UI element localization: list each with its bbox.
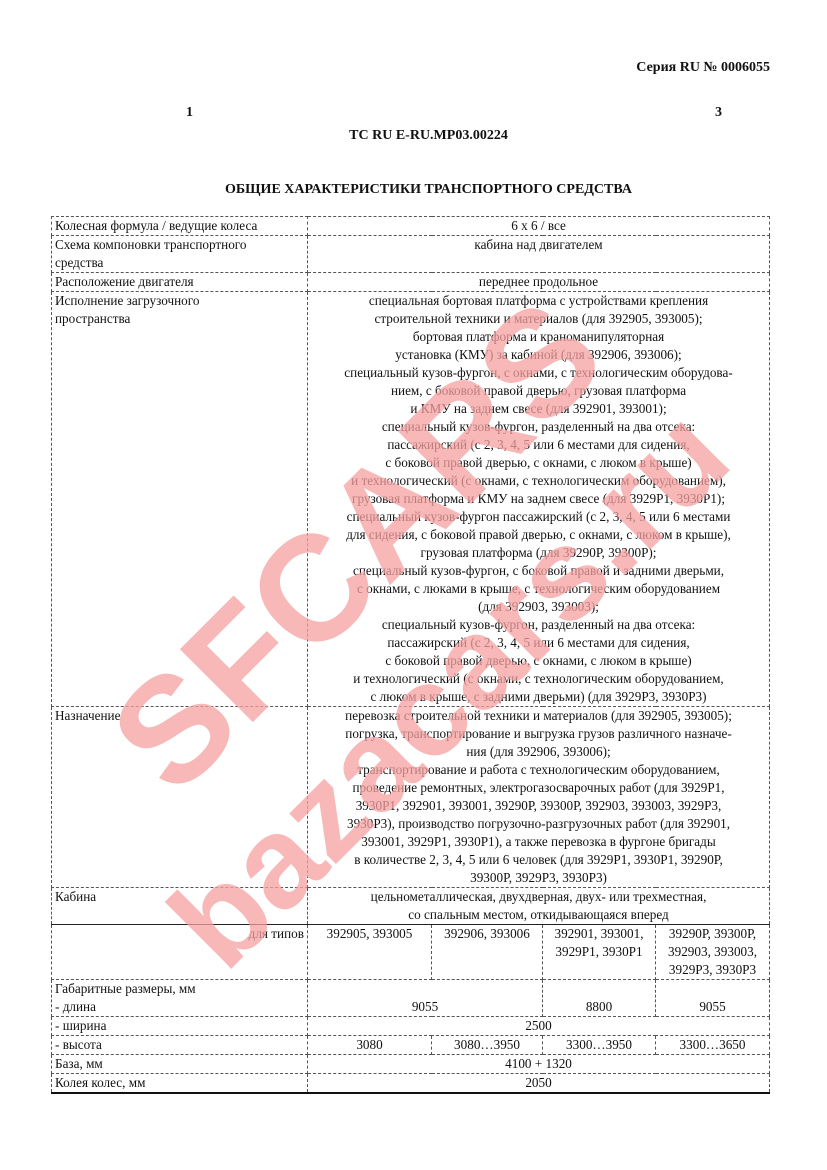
type-line: 392901, 393001, [546, 925, 652, 943]
length-value: 8800 [543, 980, 656, 1017]
type-line: 3929Р3, 3930Р3 [659, 961, 766, 979]
type-column: 392906, 393006 [432, 925, 543, 980]
row-label: - высота [52, 1036, 308, 1055]
value-line: бортовая платформа и краноманипуляторная [311, 328, 766, 346]
value-line: с боковой правой дверью, с окнами, с люк… [311, 454, 766, 472]
row-value: кабина над двигателем [308, 236, 770, 273]
value-line: специальный кузов-фургон, с окнами, с те… [311, 364, 766, 382]
table-row-cargo: Исполнение загрузочного пространства спе… [52, 292, 770, 707]
width-value: 2500 [308, 1017, 770, 1036]
label-line: Схема компоновки транспортного [55, 236, 304, 254]
value-line: специальная бортовая платформа с устройс… [311, 292, 766, 310]
series-number: Серия RU № 0006055 [636, 60, 770, 76]
value-line: грузовая платформа (для 39290Р, 39300Р); [311, 544, 766, 562]
value-line: для сидения, с боковой правой дверью, с … [311, 526, 766, 544]
row-value: перевозка строительной техники и материа… [308, 707, 770, 888]
value-line: строительной техники и материалов (для 3… [311, 310, 766, 328]
type-column: 39290Р, 39300Р, 392903, 393003, 3929Р3, … [656, 925, 770, 980]
table-row-height: - высота 3080 3080…3950 3300…3950 3300…3… [52, 1036, 770, 1055]
value-line: грузовая платформа и КМУ на заднем свесе… [311, 490, 766, 508]
type-line: 3929Р1, 3930Р1 [546, 943, 652, 961]
row-label: Схема компоновки транспортного средства [52, 236, 308, 273]
value-line: проведение ремонтных, электрогазосварочн… [311, 779, 766, 797]
value-line: нием, с боковой правой дверью, грузовая … [311, 382, 766, 400]
row-value: 6 х 6 / все [308, 217, 770, 236]
type-column: 392901, 393001, 3929Р1, 3930Р1 [543, 925, 656, 980]
type-line: 392906, 393006 [435, 925, 539, 943]
row-label: База, мм [52, 1055, 308, 1074]
type-line: 392905, 393005 [311, 925, 428, 943]
value-line: специальный кузов-фургон, разделенный на… [311, 616, 766, 634]
value-line: установка (КМУ) за кабиной (для 392906, … [311, 346, 766, 364]
row-value: специальная бортовая платформа с устройс… [308, 292, 770, 707]
value-line: с боковой правой дверью, с окнами, с люк… [311, 652, 766, 670]
value-line: перевозка строительной техники и материа… [311, 707, 766, 725]
value-line: пассажирский (с 2, 3, 4, 5 или 6 местами… [311, 634, 766, 652]
table-row-purpose: Назначение перевозка строительной техник… [52, 707, 770, 888]
height-value: 3080 [308, 1036, 432, 1055]
value-line: специальный кузов-фургон, разделенный на… [311, 418, 766, 436]
value-line: погрузка, транспортирование и выгрузка г… [311, 725, 766, 743]
table-row-track: Колея колес, мм 2050 [52, 1074, 770, 1094]
type-line: 39290Р, 39300Р, [659, 925, 766, 943]
dimensions-label: Габаритные размеры, мм [55, 980, 304, 998]
row-label: Колесная формула / ведущие колеса [52, 217, 308, 236]
value-line: с люком в крыше, с задними дверьми) (для… [311, 688, 766, 706]
row-label: Габаритные размеры, мм - длина [52, 980, 308, 1017]
row-label: Назначение [52, 707, 308, 888]
type-line: 392903, 393003, [659, 943, 766, 961]
length-value: 9055 [308, 980, 543, 1017]
length-value: 9055 [656, 980, 770, 1017]
value-line: 3930Р1, 392901, 393001, 39290Р, 39300Р, … [311, 797, 766, 815]
row-label: - ширина [52, 1017, 308, 1036]
height-value: 3300…3650 [656, 1036, 770, 1055]
value-line: (для 392903, 393003); [311, 598, 766, 616]
types-label: для типов [52, 925, 308, 980]
row-value: переднее продольное [308, 273, 770, 292]
document-title: ОБЩИЕ ХАРАКТЕРИСТИКИ ТРАНСПОРТНОГО СРЕДС… [0, 182, 827, 198]
value-line: 3930Р3), производство погрузочно-разгруз… [311, 815, 766, 833]
value-line: ния (для 392906, 393006); [311, 743, 766, 761]
table-row-wheelbase: База, мм 4100 + 1320 [52, 1055, 770, 1074]
table-row-length: Габаритные размеры, мм - длина 9055 8800… [52, 980, 770, 1017]
height-value: 3080…3950 [432, 1036, 543, 1055]
label-line: пространства [55, 310, 304, 328]
page-label-right: 3 [715, 105, 722, 121]
value-line: 39300Р, 3929Р3, 3930Р3) [311, 869, 766, 887]
value-line: цельнометаллическая, двухдверная, двух- … [311, 888, 766, 906]
value-line: и технологический (с окнами, с технологи… [311, 472, 766, 490]
row-value: 2050 [308, 1074, 770, 1094]
value-line: в количестве 2, 3, 4, 5 или 6 человек (д… [311, 851, 766, 869]
label-line: Исполнение загрузочного [55, 292, 304, 310]
row-value: цельнометаллическая, двухдверная, двух- … [308, 888, 770, 925]
value-line: специальный кузов-фургон, с боковой прав… [311, 562, 766, 580]
table-row-layout: Схема компоновки транспортного средства … [52, 236, 770, 273]
value-line: и КМУ на заднем свесе (для 392901, 39300… [311, 400, 766, 418]
value-line: и технологический (с окнами, с технологи… [311, 670, 766, 688]
table-row-types: для типов 392905, 393005 392906, 393006 … [52, 925, 770, 980]
table-row-width: - ширина 2500 [52, 1017, 770, 1036]
vehicle-spec-table: Колесная формула / ведущие колеса 6 х 6 … [51, 216, 770, 1094]
height-value: 3300…3950 [543, 1036, 656, 1055]
type-column: 392905, 393005 [308, 925, 432, 980]
value-line: пассажирский (с 2, 3, 4, 5 или 6 местами… [311, 436, 766, 454]
certificate-number: ТС RU E-RU.МР03.00224 [0, 128, 827, 144]
page-label-left: 1 [186, 105, 193, 121]
row-label: Кабина [52, 888, 308, 925]
table-row-cab: Кабина цельнометаллическая, двухдверная,… [52, 888, 770, 925]
row-label: Расположение двигателя [52, 273, 308, 292]
length-label: - длина [55, 998, 304, 1016]
label-line: средства [55, 254, 304, 272]
value-line: 393001, 3929Р1, 3930Р1), а также перевоз… [311, 833, 766, 851]
table-row-wheel-formula: Колесная формула / ведущие колеса 6 х 6 … [52, 217, 770, 236]
row-label: Колея колес, мм [52, 1074, 308, 1094]
row-label: Исполнение загрузочного пространства [52, 292, 308, 707]
value-line: специальный кузов-фургон пассажирский (с… [311, 508, 766, 526]
value-line: транспортирование и работа с технологиче… [311, 761, 766, 779]
table-row-engine: Расположение двигателя переднее продольн… [52, 273, 770, 292]
value-line: со спальным местом, откидывающаяся впере… [311, 906, 766, 924]
row-value: 4100 + 1320 [308, 1055, 770, 1074]
value-line: с окнами, с люками в крыше, с технологич… [311, 580, 766, 598]
